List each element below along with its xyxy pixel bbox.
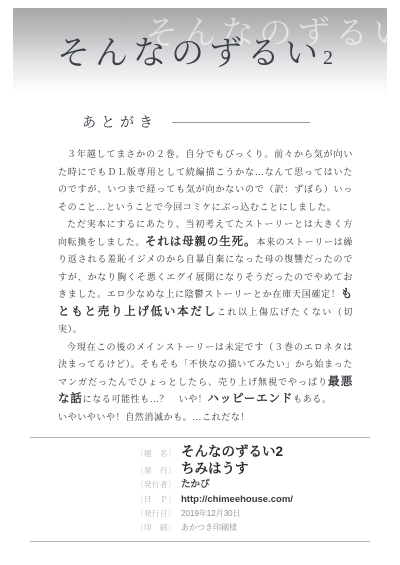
colophon-row: 〔発行日〕2019年12月30日 — [136, 508, 370, 520]
colophon-value: 2019年12月30日 — [181, 508, 241, 520]
emphasized-text: ハッピーエンド — [207, 393, 293, 405]
colophon-row: 〔発行者〕たかぴ — [136, 478, 370, 491]
colophon-value: ちみはうす — [181, 461, 249, 476]
colophon-value: そんなのずるい2 — [181, 444, 283, 459]
body-text: になる可能性も…？ いや！ — [83, 394, 208, 404]
colophon-value: http://chimeehouse.com/ — [181, 493, 293, 506]
colophon-label: 〔発行者〕 — [136, 479, 174, 490]
colophon-row: 〔Ｈ Ｐ〕http://chimeehouse.com/ — [136, 493, 370, 506]
colophon-value: あかつき印刷様 — [181, 522, 237, 534]
colophon-row: 〔発 行〕ちみはうす — [136, 461, 370, 476]
page-title-volume: 2 — [323, 47, 338, 69]
colophon-label: 〔印 刷〕 — [136, 522, 174, 533]
afterword-paragraph: 今現在この後のメインストーリーは未定です（３巻のエロネタは決まってるけど）。そも… — [58, 339, 353, 409]
title-banner: そんなのずるい2 そんなのずるい2 — [13, 8, 387, 96]
colophon: 〔題 名〕そんなのずるい2〔発 行〕ちみはうす〔発行者〕たかぴ〔Ｈ Ｐ〕http… — [30, 437, 370, 542]
page-title-text: そんなのずるい — [57, 36, 323, 72]
afterword-page: { "banner": { "title": "そんなのずるい", "volum… — [0, 0, 400, 565]
body-text: ３年越してまさかの２巻。自分でもびっくり。前々から気が向いた時にでもＤＬ版専用と… — [58, 149, 353, 212]
body-text: 今現在この後のメインストーリーは未定です（３巻のエロネタは決まってるけど）。そも… — [58, 342, 353, 387]
colophon-row: 〔題 名〕そんなのずるい2 — [136, 444, 370, 459]
colophon-value: たかぴ — [181, 478, 210, 491]
afterword-paragraph: ３年越してまさかの２巻。自分でもびっくり。前々から気が向いた時にでもＤＬ版専用と… — [58, 146, 353, 216]
section-heading-label: あとがき — [82, 112, 158, 132]
section-heading: あとがき — [82, 112, 310, 132]
afterword-paragraph: いやいやいや！自然消滅かも。…これだな！ — [58, 409, 353, 427]
body-text: いやいやいや！自然消滅かも。…これだな！ — [58, 412, 250, 422]
colophon-label: 〔発 行〕 — [136, 465, 174, 476]
body-text: もある。 — [293, 394, 331, 404]
colophon-label: 〔Ｈ Ｐ〕 — [136, 494, 174, 505]
heading-rule — [172, 122, 310, 123]
afterword-body: ３年越してまさかの２巻。自分でもびっくり。前々から気が向いた時にでもＤＬ版専用と… — [58, 146, 353, 426]
emphasized-text: それは母親の生死。 — [145, 236, 256, 248]
colophon-label: 〔発行日〕 — [136, 508, 174, 519]
afterword-paragraph: ただ実本にするにあたり、当初考えてたストーリーとは大きく方向転換をしました。それ… — [58, 216, 353, 339]
colophon-label: 〔題 名〕 — [136, 448, 174, 459]
colophon-row: 〔印 刷〕あかつき印刷様 — [136, 522, 370, 534]
page-title: そんなのずるい2 — [57, 38, 338, 71]
